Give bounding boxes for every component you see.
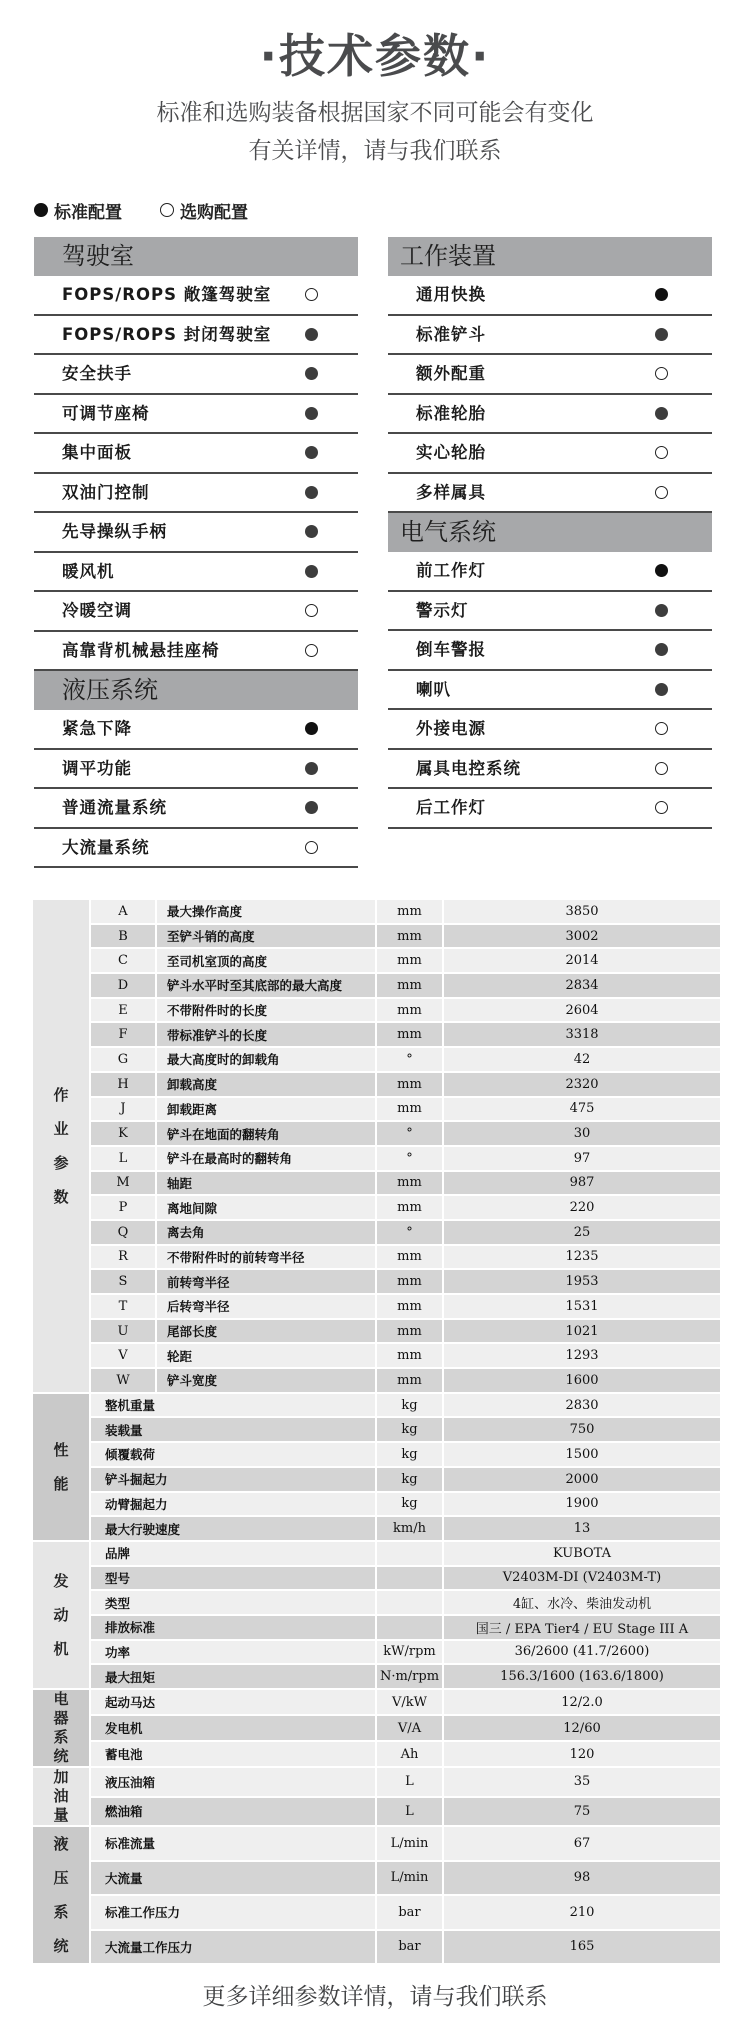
- param-unit: mm: [376, 1022, 443, 1047]
- param-unit: bar: [376, 1930, 443, 1965]
- filled-circle-icon: [655, 407, 668, 420]
- param-value: 13: [443, 1516, 721, 1541]
- group-label-char: 统: [33, 1929, 89, 1963]
- feature-label: 高靠背机械悬挂座椅: [62, 632, 220, 669]
- param-unit: mm: [376, 1343, 443, 1368]
- param-name: 铲斗在最高时的翻转角: [156, 1146, 376, 1171]
- param-unit: N·m/rpm: [376, 1664, 443, 1689]
- param-name: 铲斗在地面的翻转角: [156, 1121, 376, 1146]
- param-code: F: [90, 1022, 156, 1047]
- param-unit: °: [376, 1121, 443, 1146]
- param-unit: kg: [376, 1417, 443, 1442]
- spec-row: W铲斗宽度mm1600: [32, 1368, 721, 1393]
- param-unit: mm: [376, 998, 443, 1023]
- filled-circle-icon: [305, 762, 318, 775]
- param-name: 不带附件时的前转弯半径: [156, 1245, 376, 1270]
- group-label-char: 参: [33, 1146, 89, 1180]
- param-value: 750: [443, 1417, 721, 1442]
- spec-row: 大流量工作压力bar165: [32, 1930, 721, 1965]
- empty-circle-icon: [655, 367, 668, 380]
- param-name: 最大行驶速度: [90, 1516, 376, 1541]
- param-unit: kg: [376, 1442, 443, 1467]
- section-header: 工作装置: [388, 237, 712, 276]
- param-name: 最大高度时的卸载角: [156, 1047, 376, 1072]
- param-value: 1953: [443, 1269, 721, 1294]
- param-name: 功率: [90, 1640, 376, 1665]
- empty-circle-icon: [305, 604, 318, 617]
- feature-label: 大流量系统: [62, 829, 150, 866]
- param-value: 2834: [443, 973, 721, 998]
- param-unit: mm: [376, 1195, 443, 1220]
- spec-row: 蓄电池Ah120: [32, 1741, 721, 1767]
- param-name: 装载量: [90, 1417, 376, 1442]
- filled-circle-icon: [34, 203, 48, 217]
- feature-row: 紧急下降: [34, 710, 358, 750]
- param-value: 987: [443, 1171, 721, 1196]
- param-value: 1600: [443, 1368, 721, 1393]
- section-electrical: 电气系统 前工作灯警示灯倒车警报喇叭外接电源属具电控系统后工作灯: [388, 513, 712, 829]
- param-code: T: [90, 1294, 156, 1319]
- group-label-char: 加: [33, 1768, 89, 1787]
- param-value: 2604: [443, 998, 721, 1023]
- spec-row: 铲斗掘起力kg2000: [32, 1467, 721, 1492]
- feature-row: 后工作灯: [388, 789, 712, 829]
- feature-row: 调平功能: [34, 750, 358, 790]
- spec-row: F带标准铲斗的长度mm3318: [32, 1022, 721, 1047]
- param-value: 36/2600 (41.7/2600): [443, 1640, 721, 1665]
- feature-label: 属具电控系统: [416, 750, 521, 787]
- param-code: U: [90, 1319, 156, 1344]
- spec-row: 大流量L/min98: [32, 1861, 721, 1896]
- param-unit: mm: [376, 1368, 443, 1393]
- spec-row: 型号V2403M-DI (V2403M-T): [32, 1566, 721, 1591]
- group-label-char: 业: [33, 1112, 89, 1146]
- param-value: 97: [443, 1146, 721, 1171]
- param-value: 98: [443, 1861, 721, 1896]
- param-code: R: [90, 1245, 156, 1270]
- filled-circle-icon: [305, 446, 318, 459]
- param-unit: mm: [376, 1072, 443, 1097]
- spec-row: 发电机V/A12/60: [32, 1715, 721, 1741]
- param-name: 不带附件时的长度: [156, 998, 376, 1023]
- empty-circle-icon: [305, 644, 318, 657]
- feature-label: 后工作灯: [416, 789, 486, 826]
- legend-optional-label: 选购配置: [180, 198, 248, 223]
- param-value: 220: [443, 1195, 721, 1220]
- param-value: 1021: [443, 1319, 721, 1344]
- page-title: ·技术参数·: [0, 28, 750, 84]
- param-code: A: [90, 899, 156, 924]
- group-label: 作业参数: [32, 899, 90, 1393]
- param-code: L: [90, 1146, 156, 1171]
- group-label-char: 能: [33, 1467, 89, 1501]
- legend-standard-label: 标准配置: [54, 198, 122, 223]
- param-name: 动臂掘起力: [90, 1492, 376, 1517]
- param-unit: [376, 1566, 443, 1591]
- feature-label: 双油门控制: [62, 474, 150, 511]
- section-hydraulic: 液压系统 紧急下降调平功能普通流量系统大流量系统: [34, 671, 358, 868]
- filled-circle-icon: [655, 683, 668, 696]
- param-unit: L: [376, 1767, 443, 1797]
- param-value: 2000: [443, 1467, 721, 1492]
- feature-row: 外接电源: [388, 710, 712, 750]
- filled-circle-icon: [655, 564, 668, 577]
- spec-row: M轴距mm987: [32, 1171, 721, 1196]
- feature-label: 前工作灯: [416, 552, 486, 589]
- param-value: KUBOTA: [443, 1541, 721, 1566]
- feature-label: 紧急下降: [62, 710, 132, 747]
- param-unit: [376, 1590, 443, 1615]
- param-name: 轮距: [156, 1343, 376, 1368]
- empty-circle-icon: [655, 446, 668, 459]
- param-unit: V/A: [376, 1715, 443, 1741]
- spec-row: 电器系统起动马达V/kW12/2.0: [32, 1689, 721, 1715]
- param-name: 标准流量: [90, 1826, 376, 1861]
- param-value: 475: [443, 1097, 721, 1122]
- section-header: 驾驶室: [34, 237, 358, 276]
- spec-row: E不带附件时的长度mm2604: [32, 998, 721, 1023]
- param-name: 蓄电池: [90, 1741, 376, 1767]
- spec-row: 性能整机重量kg2830: [32, 1393, 721, 1418]
- feature-label: 调平功能: [62, 750, 132, 787]
- feature-label: 暖风机: [62, 553, 115, 590]
- group-label-char: 作: [33, 1078, 89, 1112]
- param-name: 型号: [90, 1566, 376, 1591]
- spec-row: 液压系统标准流量L/min67: [32, 1826, 721, 1861]
- param-unit: V/kW: [376, 1689, 443, 1715]
- feature-row: 集中面板: [34, 434, 358, 474]
- param-unit: [376, 1615, 443, 1640]
- group-label-char: 发: [33, 1564, 89, 1598]
- filled-circle-icon: [305, 486, 318, 499]
- param-name: 前转弯半径: [156, 1269, 376, 1294]
- param-value: 国三 / EPA Tier4 / EU Stage III A: [443, 1615, 721, 1640]
- feature-row: 多样属具: [388, 474, 712, 514]
- subtitle-line-2: 有关详情，请与我们联系: [0, 136, 750, 166]
- param-value: 3318: [443, 1022, 721, 1047]
- param-code: G: [90, 1047, 156, 1072]
- param-name: 整机重量: [90, 1393, 376, 1418]
- empty-circle-icon: [160, 203, 174, 217]
- spec-row: B至铲斗销的高度mm3002: [32, 924, 721, 949]
- param-name: 大流量: [90, 1861, 376, 1896]
- feature-label: 外接电源: [416, 710, 486, 747]
- spec-row: C至司机室顶的高度mm2014: [32, 948, 721, 973]
- group-label-char: 器: [33, 1709, 89, 1728]
- group-label-char: 压: [33, 1861, 89, 1895]
- feature-label: 普通流量系统: [62, 789, 167, 826]
- param-unit: mm: [376, 1294, 443, 1319]
- spec-row: H卸载高度mm2320: [32, 1072, 721, 1097]
- param-name: 卸载高度: [156, 1072, 376, 1097]
- param-value: 3002: [443, 924, 721, 949]
- feature-row: 冷暖空调: [34, 592, 358, 632]
- feature-row: 实心轮胎: [388, 434, 712, 474]
- feature-row: 普通流量系统: [34, 789, 358, 829]
- feature-label: 额外配重: [416, 355, 486, 392]
- spec-row: 加油量液压油箱L35: [32, 1767, 721, 1797]
- param-name: 至铲斗销的高度: [156, 924, 376, 949]
- feature-row: 通用快换: [388, 276, 712, 316]
- spec-row: R不带附件时的前转弯半径mm1235: [32, 1245, 721, 1270]
- group-label-char: 量: [33, 1806, 89, 1825]
- spec-row: Q离去角°25: [32, 1220, 721, 1245]
- feature-row: 高靠背机械悬挂座椅: [34, 632, 358, 672]
- param-value: 75: [443, 1797, 721, 1827]
- feature-label: 倒车警报: [416, 631, 486, 668]
- spec-row: T后转弯半径mm1531: [32, 1294, 721, 1319]
- group-label: 发动机: [32, 1541, 90, 1689]
- param-code: B: [90, 924, 156, 949]
- param-unit: mm: [376, 924, 443, 949]
- param-value: 2830: [443, 1393, 721, 1418]
- param-value: 2014: [443, 948, 721, 973]
- param-name: 大流量工作压力: [90, 1930, 376, 1965]
- feature-label: 多样属具: [416, 474, 486, 511]
- feature-row: 倒车警报: [388, 631, 712, 671]
- filled-circle-icon: [655, 328, 668, 341]
- subtitle-line-1: 标准和选购装备根据国家不同可能会有变化: [0, 98, 750, 128]
- param-value: 1900: [443, 1492, 721, 1517]
- section-header: 电气系统: [388, 513, 712, 552]
- empty-circle-icon: [305, 841, 318, 854]
- group-label-char: 液: [33, 1827, 89, 1861]
- feature-label: FOPS/ROPS 敞篷驾驶室: [62, 276, 271, 313]
- feature-label: 警示灯: [416, 592, 469, 629]
- spec-row: D铲斗水平时至其底部的最大高度mm2834: [32, 973, 721, 998]
- feature-row: 警示灯: [388, 592, 712, 632]
- spec-row: 作业参数A最大操作高度mm3850: [32, 899, 721, 924]
- param-unit: °: [376, 1047, 443, 1072]
- feature-column-right: 工作装置 通用快换标准铲斗额外配重标准轮胎实心轮胎多样属具 电气系统 前工作灯警…: [388, 237, 712, 829]
- group-label: 电器系统: [32, 1689, 90, 1767]
- legend-standard: 标准配置: [34, 198, 122, 223]
- feature-label: 先导操纵手柄: [62, 513, 167, 550]
- param-name: 后转弯半径: [156, 1294, 376, 1319]
- feature-label: 标准铲斗: [416, 316, 486, 353]
- param-unit: Ah: [376, 1741, 443, 1767]
- feature-row: 喇叭: [388, 671, 712, 711]
- group-label: 性能: [32, 1393, 90, 1541]
- group-label-char: 油: [33, 1787, 89, 1806]
- param-name: 卸载距离: [156, 1097, 376, 1122]
- param-value: 42: [443, 1047, 721, 1072]
- param-name: 品牌: [90, 1541, 376, 1566]
- filled-circle-icon: [305, 565, 318, 578]
- feature-row: 标准铲斗: [388, 316, 712, 356]
- spec-row: L铲斗在最高时的翻转角°97: [32, 1146, 721, 1171]
- feature-label: 集中面板: [62, 434, 132, 471]
- param-name: 类型: [90, 1590, 376, 1615]
- param-unit: mm: [376, 973, 443, 998]
- param-code: H: [90, 1072, 156, 1097]
- param-unit: °: [376, 1220, 443, 1245]
- param-code: Q: [90, 1220, 156, 1245]
- param-unit: [376, 1541, 443, 1566]
- spec-row: 排放标准国三 / EPA Tier4 / EU Stage III A: [32, 1615, 721, 1640]
- param-name: 至司机室顶的高度: [156, 948, 376, 973]
- param-value: 67: [443, 1826, 721, 1861]
- param-value: 210: [443, 1895, 721, 1930]
- feature-row: FOPS/ROPS 封闭驾驶室: [34, 316, 358, 356]
- param-code: C: [90, 948, 156, 973]
- param-name: 离去角: [156, 1220, 376, 1245]
- spec-row: S前转弯半径mm1953: [32, 1269, 721, 1294]
- spec-row: 类型4缸、水冷、柴油发动机: [32, 1590, 721, 1615]
- param-name: 燃油箱: [90, 1797, 376, 1827]
- legend: 标准配置 选购配置: [34, 198, 286, 222]
- param-unit: mm: [376, 1097, 443, 1122]
- param-unit: mm: [376, 948, 443, 973]
- param-value: 3850: [443, 899, 721, 924]
- filled-circle-icon: [655, 643, 668, 656]
- footer-contact-text: 更多详细参数详情，请与我们联系: [0, 1982, 750, 2012]
- spec-row: K铲斗在地面的翻转角°30: [32, 1121, 721, 1146]
- spec-row: 发动机品牌KUBOTA: [32, 1541, 721, 1566]
- feature-label: 安全扶手: [62, 355, 132, 392]
- section-cab: 驾驶室 FOPS/ROPS 敞篷驾驶室FOPS/ROPS 封闭驾驶室安全扶手可调…: [34, 237, 358, 671]
- param-unit: kW/rpm: [376, 1640, 443, 1665]
- filled-circle-icon: [655, 288, 668, 301]
- param-code: E: [90, 998, 156, 1023]
- spec-row: 标准工作压力bar210: [32, 1895, 721, 1930]
- spec-row: 燃油箱L75: [32, 1797, 721, 1827]
- empty-circle-icon: [655, 762, 668, 775]
- param-code: P: [90, 1195, 156, 1220]
- param-value: 1531: [443, 1294, 721, 1319]
- filled-circle-icon: [305, 525, 318, 538]
- filled-circle-icon: [305, 407, 318, 420]
- param-value: 1235: [443, 1245, 721, 1270]
- group-label-char: 系: [33, 1895, 89, 1929]
- param-unit: mm: [376, 1171, 443, 1196]
- feature-column-left: 驾驶室 FOPS/ROPS 敞篷驾驶室FOPS/ROPS 封闭驾驶室安全扶手可调…: [34, 237, 358, 868]
- feature-row: 属具电控系统: [388, 750, 712, 790]
- param-code: K: [90, 1121, 156, 1146]
- param-value: 25: [443, 1220, 721, 1245]
- feature-label: 通用快换: [416, 276, 486, 313]
- spec-table: 作业参数A最大操作高度mm3850B至铲斗销的高度mm3002C至司机室顶的高度…: [31, 898, 722, 1965]
- param-value: 30: [443, 1121, 721, 1146]
- param-name: 标准工作压力: [90, 1895, 376, 1930]
- feature-row: 可调节座椅: [34, 395, 358, 435]
- param-value: 156.3/1600 (163.6/1800): [443, 1664, 721, 1689]
- spec-row: G最大高度时的卸载角°42: [32, 1047, 721, 1072]
- param-value: V2403M-DI (V2403M-T): [443, 1566, 721, 1591]
- spec-row: J卸载距离mm475: [32, 1097, 721, 1122]
- group-label: 加油量: [32, 1767, 90, 1826]
- feature-row: 暖风机: [34, 553, 358, 593]
- empty-circle-icon: [305, 288, 318, 301]
- param-name: 铲斗掘起力: [90, 1467, 376, 1492]
- param-code: D: [90, 973, 156, 998]
- param-name: 离地间隙: [156, 1195, 376, 1220]
- param-name: 铲斗宽度: [156, 1368, 376, 1393]
- feature-label: 喇叭: [416, 671, 451, 708]
- legend-optional: 选购配置: [160, 198, 248, 223]
- feature-row: FOPS/ROPS 敞篷驾驶室: [34, 276, 358, 316]
- param-name: 尾部长度: [156, 1319, 376, 1344]
- empty-circle-icon: [655, 722, 668, 735]
- feature-row: 大流量系统: [34, 829, 358, 869]
- param-name: 倾覆载荷: [90, 1442, 376, 1467]
- param-name: 最大扭矩: [90, 1664, 376, 1689]
- empty-circle-icon: [655, 801, 668, 814]
- param-code: S: [90, 1269, 156, 1294]
- feature-label: 标准轮胎: [416, 395, 486, 432]
- param-unit: kg: [376, 1467, 443, 1492]
- empty-circle-icon: [655, 486, 668, 499]
- param-value: 2320: [443, 1072, 721, 1097]
- param-unit: mm: [376, 1319, 443, 1344]
- param-unit: kg: [376, 1393, 443, 1418]
- param-unit: mm: [376, 1269, 443, 1294]
- group-label-char: 系: [33, 1728, 89, 1747]
- param-unit: L: [376, 1797, 443, 1827]
- spec-row: 动臂掘起力kg1900: [32, 1492, 721, 1517]
- param-name: 带标准铲斗的长度: [156, 1022, 376, 1047]
- param-name: 液压油箱: [90, 1767, 376, 1797]
- param-name: 起动马达: [90, 1689, 376, 1715]
- param-unit: km/h: [376, 1516, 443, 1541]
- spec-row: U尾部长度mm1021: [32, 1319, 721, 1344]
- feature-label: 冷暖空调: [62, 592, 132, 629]
- feature-label: 可调节座椅: [62, 395, 150, 432]
- spec-row: 倾覆载荷kg1500: [32, 1442, 721, 1467]
- spec-row: P离地间隙mm220: [32, 1195, 721, 1220]
- feature-row: 额外配重: [388, 355, 712, 395]
- filled-circle-icon: [305, 801, 318, 814]
- param-name: 排放标准: [90, 1615, 376, 1640]
- spec-row: 最大行驶速度km/h13: [32, 1516, 721, 1541]
- param-code: V: [90, 1343, 156, 1368]
- param-value: 12/2.0: [443, 1689, 721, 1715]
- feature-row: 标准轮胎: [388, 395, 712, 435]
- feature-label: 实心轮胎: [416, 434, 486, 471]
- spec-row: V轮距mm1293: [32, 1343, 721, 1368]
- group-label-char: 性: [33, 1433, 89, 1467]
- param-name: 最大操作高度: [156, 899, 376, 924]
- param-code: J: [90, 1097, 156, 1122]
- param-value: 4缸、水冷、柴油发动机: [443, 1590, 721, 1615]
- group-label-char: 统: [33, 1747, 89, 1766]
- param-value: 35: [443, 1767, 721, 1797]
- feature-row: 双油门控制: [34, 474, 358, 514]
- spec-row: 功率kW/rpm36/2600 (41.7/2600): [32, 1640, 721, 1665]
- section-work-equipment: 工作装置 通用快换标准铲斗额外配重标准轮胎实心轮胎多样属具: [388, 237, 712, 513]
- group-label-char: 数: [33, 1180, 89, 1214]
- feature-row: 安全扶手: [34, 355, 358, 395]
- param-unit: bar: [376, 1895, 443, 1930]
- param-unit: L/min: [376, 1861, 443, 1896]
- param-value: 165: [443, 1930, 721, 1965]
- group-label-char: 动: [33, 1598, 89, 1632]
- filled-circle-icon: [305, 367, 318, 380]
- filled-circle-icon: [305, 722, 318, 735]
- param-unit: mm: [376, 1245, 443, 1270]
- param-value: 1500: [443, 1442, 721, 1467]
- spec-row: 最大扭矩N·m/rpm156.3/1600 (163.6/1800): [32, 1664, 721, 1689]
- param-name: 铲斗水平时至其底部的最大高度: [156, 973, 376, 998]
- feature-row: 前工作灯: [388, 552, 712, 592]
- param-unit: L/min: [376, 1826, 443, 1861]
- group-label-char: 电: [33, 1690, 89, 1709]
- filled-circle-icon: [655, 604, 668, 617]
- param-unit: mm: [376, 899, 443, 924]
- param-unit: °: [376, 1146, 443, 1171]
- feature-row: 先导操纵手柄: [34, 513, 358, 553]
- filled-circle-icon: [305, 328, 318, 341]
